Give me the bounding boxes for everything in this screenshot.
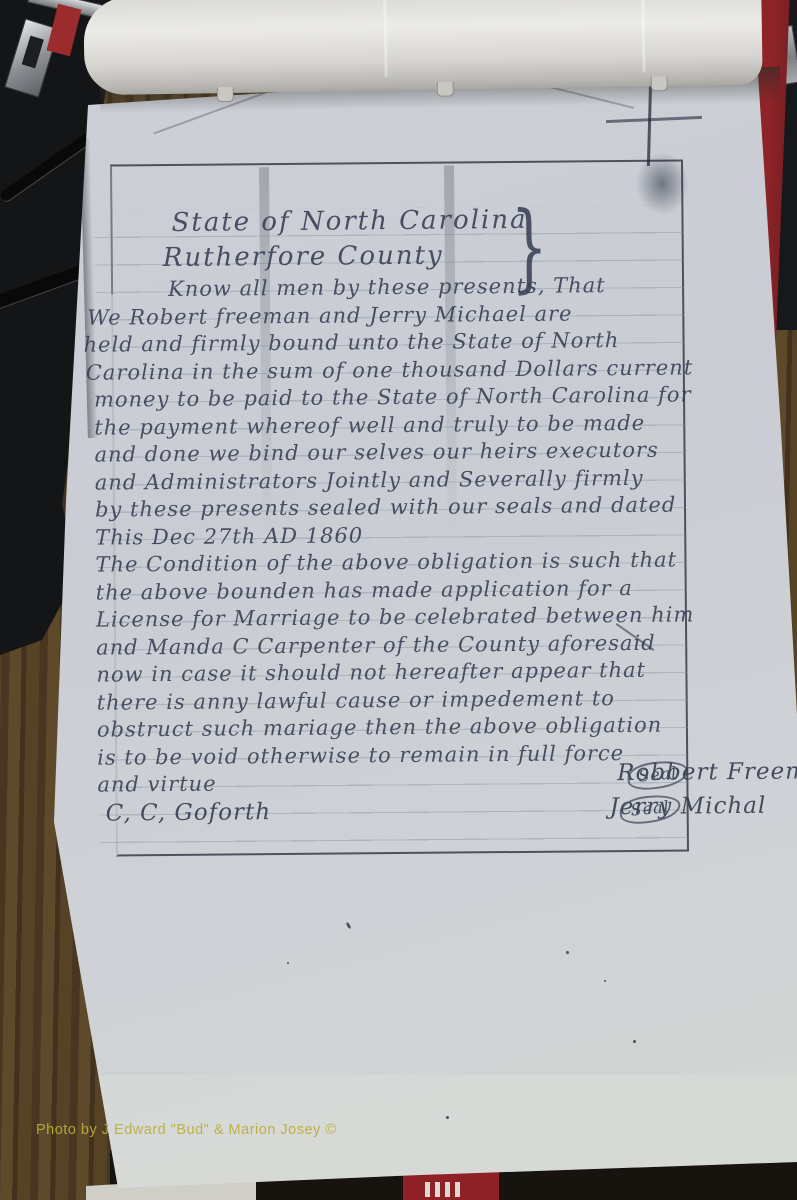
label-stripe [455,1182,460,1197]
label-stripe [435,1182,440,1197]
label-stripe [445,1182,450,1197]
label-stripe [425,1182,430,1197]
ink-speck [287,962,289,964]
signature-goforth: C, C, Goforth [106,799,272,826]
photo-credit-watermark: Photo by J Edward "Bud" & Marion Josey © [36,1122,337,1138]
photo-of-marriage-bond: State of North Carolina Rutherfore Count… [0,0,797,1200]
ink-speck [633,1040,636,1043]
index-tab [437,82,454,97]
index-tab [217,87,234,102]
signature-freeman: Robbert FreemanSeal [617,759,688,789]
ink-speck [345,922,351,930]
index-tab [651,76,668,91]
photocopy-border: State of North Carolina Rutherfore Count… [110,160,689,857]
handwritten-line: State of North Carolina [171,201,722,241]
clasp-slot [22,36,44,69]
document-page: State of North Carolina Rutherfore Count… [0,0,797,1200]
handwritten-text: State of North Carolina Rutherfore Count… [82,201,727,799]
handwritten-line: Rutherfore County [163,236,723,276]
signature-michal: Jerry MichalSeal [609,794,680,824]
curled-pages-roll [83,0,762,95]
page-seam [383,0,387,77]
ink-speck [446,1116,449,1119]
ink-speck [604,980,606,982]
heading-brace: } [511,197,549,297]
ink-speck [566,951,569,954]
cross-mark [606,116,702,123]
page-seam [641,0,645,73]
